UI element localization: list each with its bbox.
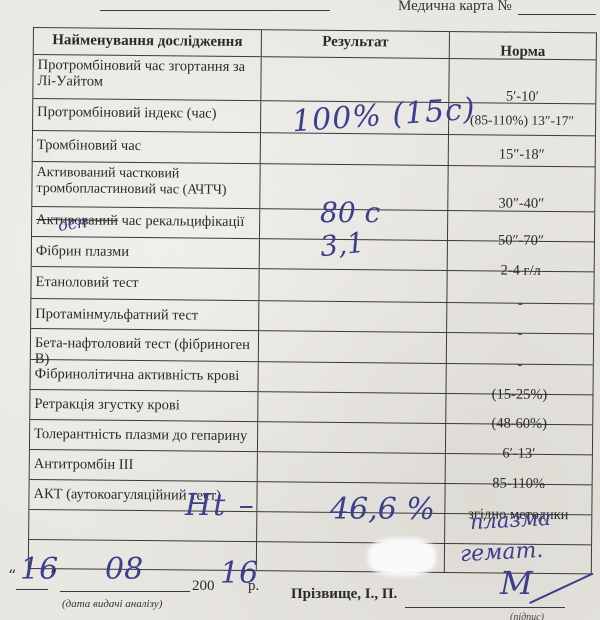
medical-card-number-field — [518, 14, 596, 15]
table-row: Етаноловий тест - — [31, 267, 593, 304]
test-norm: (15-25%) — [447, 364, 593, 394]
test-name: Активований частковий тромбопластиновий … — [32, 162, 260, 208]
norm-value: 15″-18″ — [449, 146, 595, 163]
test-norm: - — [447, 303, 593, 333]
test-norm: - — [447, 333, 593, 364]
test-norm: 50″-70″ — [448, 211, 594, 241]
test-name: Протромбіновий індекс (час) — [33, 99, 261, 132]
test-norm: 85-110% — [446, 454, 592, 484]
test-norm: 2-4 г/л — [448, 241, 594, 271]
day-close-quote: ” — [50, 568, 57, 584]
column-header-result: Результат — [262, 30, 450, 58]
signature-label: Прізвище, І., П. — [291, 586, 397, 603]
handwritten-signature: M — [500, 564, 533, 602]
column-header-norm: Норма — [450, 32, 596, 59]
signature-stroke — [529, 573, 593, 604]
table-row: Активований частковий тромбопластиновий … — [32, 162, 594, 212]
test-result — [258, 392, 446, 423]
signature-line — [405, 607, 565, 608]
test-norm: 6′-13′ — [446, 424, 592, 454]
test-norm: 15″-18″ — [449, 135, 595, 166]
test-result — [261, 133, 449, 165]
test-norm: 30″-40″ — [448, 166, 594, 211]
handwritten-plasma-note: плазма — [469, 506, 551, 534]
test-name: Антитромбін ІІІ — [30, 450, 258, 481]
month-field-line — [60, 591, 190, 592]
day-open-quote: “ — [8, 566, 16, 585]
test-result — [258, 422, 446, 453]
test-name: Протромбіновий час згортання за Лі-Уайто… — [33, 55, 261, 100]
norm-value: 30″-40″ — [448, 195, 594, 212]
signature-caption: (підпис) — [510, 612, 544, 620]
year-abbreviation: р. — [248, 578, 259, 595]
medical-card-label: Медична карта № — [398, 0, 512, 15]
test-result — [258, 452, 446, 483]
handwritten-hematocrit-label: Ht – — [185, 488, 256, 523]
table-row: Протромбіновий час згортання за Лі-Уайто… — [33, 55, 595, 104]
test-name: Бета-нафтоловий тест (фібриноген В) — [31, 329, 259, 361]
test-name: Протамінмульфатний тест — [31, 299, 259, 330]
test-name: Фібрин плазми — [32, 237, 260, 268]
handwritten-hemat-note: гемат. — [459, 538, 544, 567]
date-caption: (дата видачі аналізу) — [62, 598, 162, 610]
test-result — [259, 301, 447, 332]
handwritten-fibrin-result: 3,1 — [318, 226, 366, 263]
redaction-blot — [368, 538, 436, 576]
test-name: Толерантність плазми до гепарину — [30, 420, 258, 451]
test-name-text: час рекальцифікації — [118, 213, 245, 230]
top-rule — [100, 10, 330, 11]
test-result — [259, 269, 447, 302]
year-prefix: 200 — [192, 578, 215, 595]
test-result — [259, 362, 447, 393]
test-norm: - — [447, 271, 593, 303]
test-norm: (48-60%) — [446, 394, 592, 424]
test-name: Етаноловий тест — [31, 267, 259, 300]
handwritten-month: 08 — [105, 552, 143, 587]
test-name: Фібринолітична активність крові — [31, 360, 259, 391]
day-field-line — [16, 589, 48, 590]
test-result — [259, 331, 447, 363]
test-name: Тромбіновий час — [33, 131, 261, 163]
handwritten-hematocrit-value: 46,6 % — [330, 492, 435, 527]
handwritten-correction-note: осн — [57, 212, 89, 235]
test-name: Ретракція згустку крові — [30, 390, 258, 421]
handwritten-recalcification-result: 80 с — [320, 196, 380, 229]
column-header-test-name: Найменування дослідження — [34, 28, 262, 56]
